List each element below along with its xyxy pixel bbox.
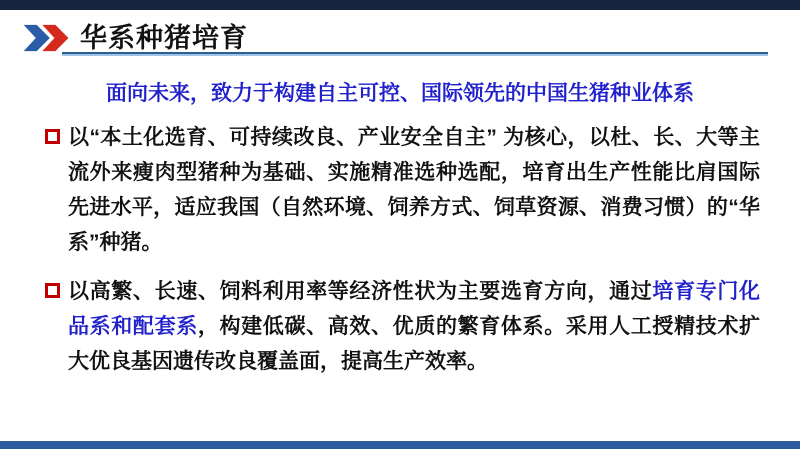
bullet-paragraph: 以高繁、长速、饲料利用率等经济性状为主要选育方向，通过培育专门化品系和配套系，构… xyxy=(44,274,760,379)
red-outline-square-icon xyxy=(45,129,60,144)
bullet-paragraph: 以“本土化选育、可持续改良、产业安全自主” 为核心，以杜、长、大等主流外来瘦肉型… xyxy=(44,120,760,260)
slide-header: 华系种猪培育 xyxy=(22,22,248,54)
page-title: 华系种猪培育 xyxy=(80,22,248,54)
title-underline xyxy=(62,52,768,56)
slide-body: 以“本土化选育、可持续改良、产业安全自主” 为核心，以杜、长、大等主流外来瘦肉型… xyxy=(44,120,760,393)
bullet-text-segment: 以高繁、长速、饲料利用率等经济性状为主要选育方向，通过 xyxy=(68,280,652,303)
red-outline-square-icon xyxy=(45,283,60,298)
bullet-text-segment: 以“本土化选育、可持续改良、产业安全自主” 为核心，以杜、长、大等主流外来瘦肉型… xyxy=(68,126,760,254)
double-chevron-icon xyxy=(22,24,72,52)
bottom-bar xyxy=(0,441,800,449)
top-bar xyxy=(0,0,800,10)
slide-subtitle: 面向未来，致力于构建自主可控、国际领先的中国生猪种业体系 xyxy=(40,80,760,108)
